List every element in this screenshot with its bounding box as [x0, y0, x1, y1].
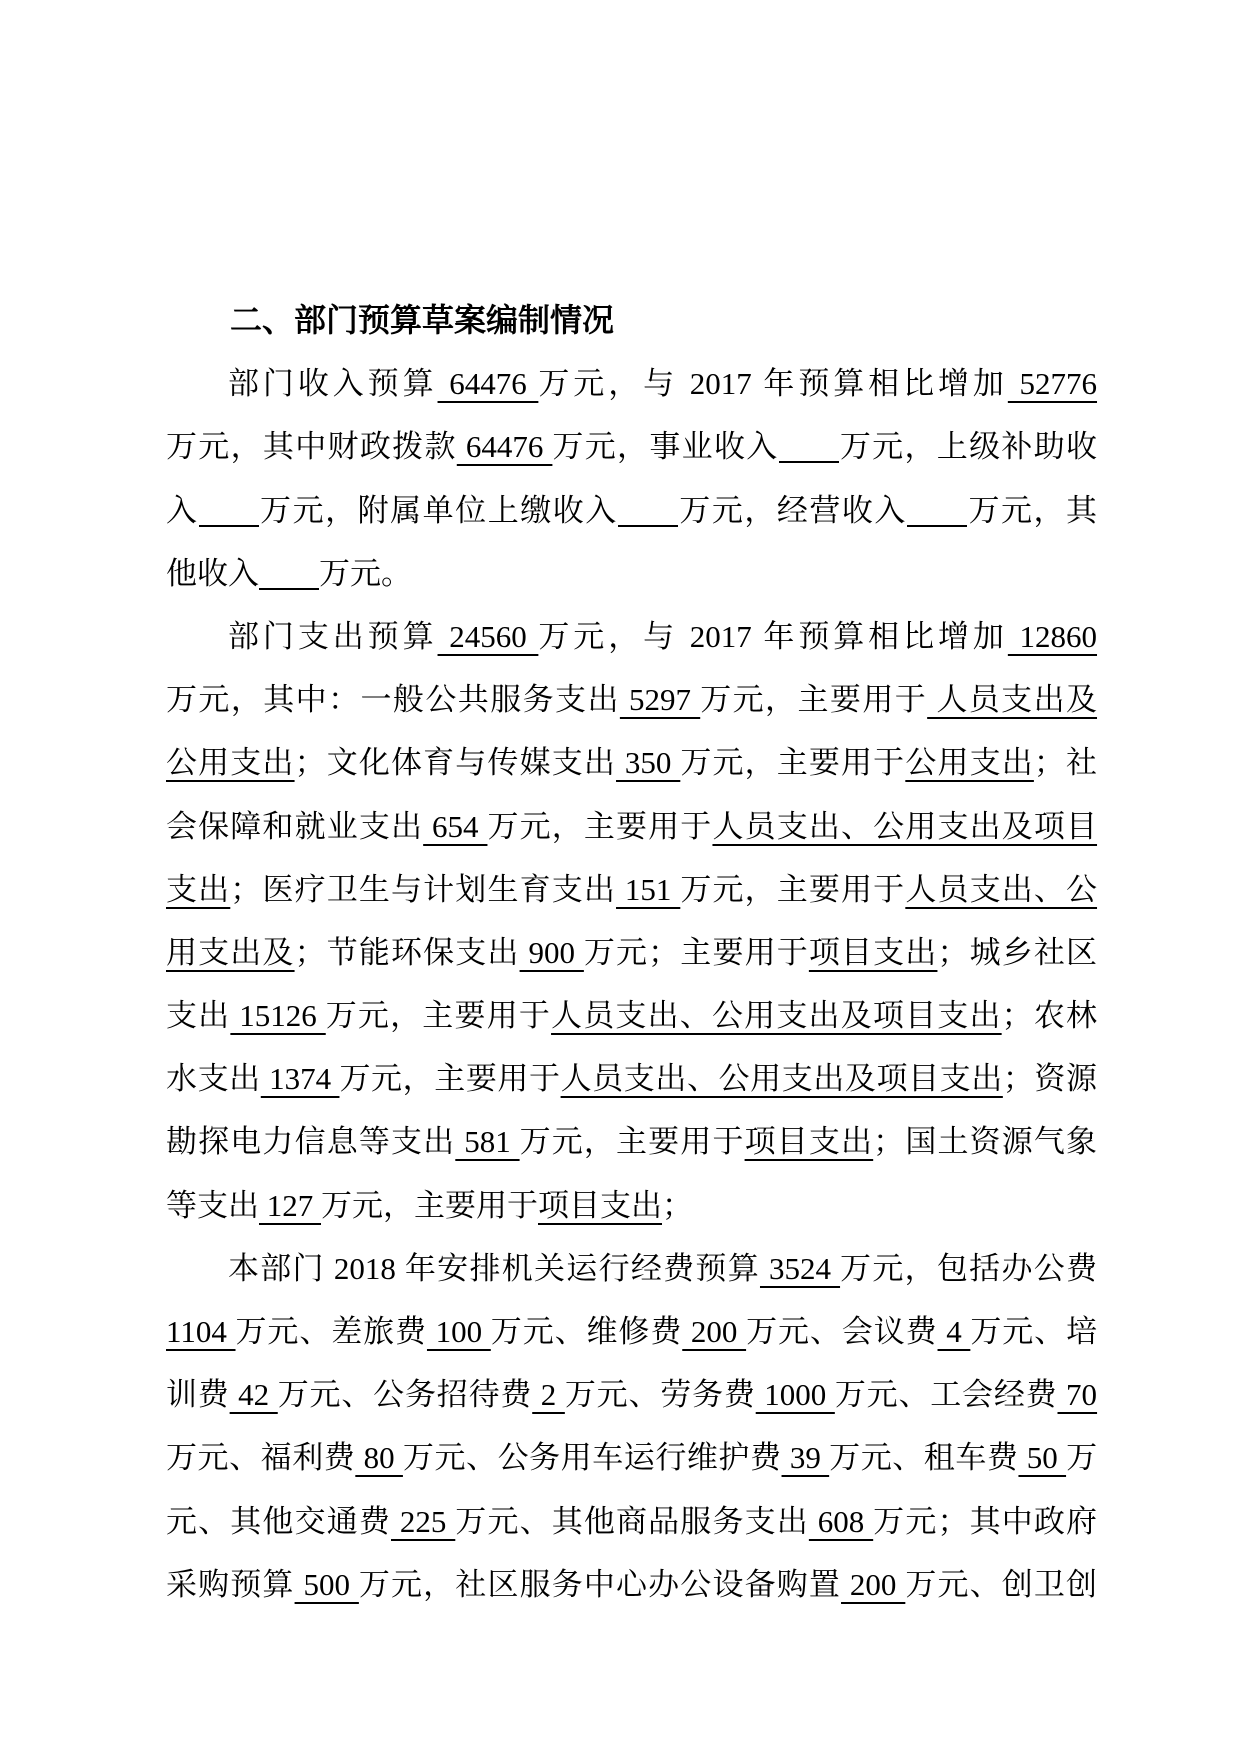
underlined-text-run: 900 — [520, 935, 584, 970]
text-run: ；资源 — [1003, 1061, 1097, 1096]
text-run: 万元、工会经费 — [835, 1377, 1058, 1412]
underlined-text-run: 581 — [455, 1124, 519, 1159]
text-run: 万元，主要用于 — [700, 682, 927, 717]
text-run: 入 — [166, 493, 199, 528]
underlined-text-run: 人员支出、公用支出及项目 — [712, 809, 1097, 844]
underlined-text-run: 654 — [423, 809, 487, 844]
underlined-text-run: 50 — [1018, 1440, 1066, 1475]
underlined-text-run: 项目支出 — [745, 1124, 874, 1159]
text-run: 支出 — [166, 998, 230, 1033]
text-run: ；社 — [1034, 745, 1097, 780]
underlined-text-run: 5297 — [620, 682, 700, 717]
underlined-text-run: 80 — [355, 1440, 403, 1475]
underlined-text-run: 64476 — [457, 429, 553, 464]
blank-underline — [259, 583, 319, 590]
blank-underline — [779, 456, 839, 463]
text-run: 万元、公务招待费 — [278, 1377, 532, 1412]
underlined-text-run: 39 — [782, 1440, 830, 1475]
text-line: 本部门 2018 年安排机关运行经费预算 3524 万元，包括办公费 — [166, 1237, 1097, 1300]
text-run: 万元，主要用于 — [321, 1188, 538, 1223]
underlined-text-run: 200 — [841, 1567, 905, 1602]
text-run: 万元，附属单位上缴收入 — [259, 493, 618, 528]
text-line: 万元、福利费 80 万元、公务用车运行维护费 39 万元、租车费 50 万 — [166, 1426, 1097, 1489]
text-run: 训费 — [166, 1377, 230, 1412]
text-run: 万元；主要用于 — [584, 935, 809, 970]
text-line: 万元，其中：一般公共服务支出 5297 万元，主要用于 人员支出及 — [166, 668, 1097, 731]
text-run: 万元，其 — [967, 493, 1097, 528]
text-run: 万元，主要用于 — [680, 872, 905, 907]
text-run: 万元、会议费 — [746, 1314, 937, 1349]
underlined-text-run: 4 — [938, 1314, 971, 1349]
underlined-text-run: 人员支出、公用支出及项目支出 — [561, 1061, 1003, 1096]
underlined-text-run: 项目支出 — [809, 935, 938, 970]
text-run: 万元。 — [319, 556, 412, 591]
text-line: 水支出 1374 万元，主要用于人员支出、公用支出及项目支出；资源 — [166, 1047, 1097, 1110]
text-line: 他收入万元。 — [166, 542, 1097, 605]
text-run: 万元，与 2017 年预算相比增加 — [538, 619, 1007, 654]
text-line: 部门收入预算 64476 万元，与 2017 年预算相比增加 52776 — [166, 352, 1097, 415]
text-run: 等支出 — [166, 1188, 259, 1223]
text-run: 万元，主要用于 — [680, 745, 905, 780]
text-run: 万元，主要用于 — [326, 998, 551, 1033]
underlined-text-run: 42 — [230, 1377, 278, 1412]
text-line: 支出 15126 万元，主要用于人员支出、公用支出及项目支出；农林 — [166, 984, 1097, 1047]
text-run: 万元、租车费 — [829, 1440, 1018, 1475]
text-run: 部门支出预算 — [228, 619, 438, 654]
document-body: 部门收入预算 64476 万元，与 2017 年预算相比增加 52776万元，其… — [166, 352, 1097, 1616]
underlined-text-run: 200 — [682, 1314, 746, 1349]
text-run: 万元，其中：一般公共服务支出 — [166, 682, 620, 717]
underlined-text-run: 2 — [532, 1377, 565, 1412]
text-run: 万元，主要用于 — [339, 1061, 560, 1096]
underlined-text-run: 1374 — [261, 1061, 340, 1096]
underlined-text-run: 1000 — [756, 1377, 835, 1412]
underlined-text-run: 公用支出 — [905, 745, 1034, 780]
text-run: 万元，上级补助收 — [839, 429, 1097, 464]
text-run: 部门收入预算 — [228, 366, 438, 401]
text-line: 部门支出预算 24560 万元，与 2017 年预算相比增加 12860 — [166, 605, 1097, 668]
underlined-text-run: 151 — [616, 872, 680, 907]
text-run: 会保障和就业支出 — [166, 809, 423, 844]
underlined-text-run: 350 — [616, 745, 680, 780]
underlined-text-run: 人员支出及 — [927, 682, 1097, 717]
text-run: 万 — [1066, 1440, 1097, 1475]
underlined-text-run: 500 — [295, 1567, 359, 1602]
text-line: 公用支出；文化体育与传媒支出 350 万元，主要用于公用支出；社 — [166, 731, 1097, 794]
underlined-text-run: 64476 — [438, 366, 539, 401]
section-heading: 二、部门预算草案编制情况 — [166, 289, 1097, 352]
underlined-text-run: 15126 — [230, 998, 325, 1033]
text-run: 万元、差旅费 — [236, 1314, 427, 1349]
text-run: 万元，主要用于 — [520, 1124, 745, 1159]
text-run: 万元，主要用于 — [487, 809, 712, 844]
text-run: 本部门 2018 年安排机关运行经费预算 — [228, 1251, 760, 1286]
underlined-text-run: 用支出及 — [166, 935, 295, 970]
text-run: ； — [662, 1188, 693, 1223]
text-run: ；节能环保支出 — [295, 935, 520, 970]
text-run: 万元、其他商品服务支出 — [455, 1504, 809, 1539]
text-run: 万元、维修费 — [491, 1314, 682, 1349]
underlined-text-run: 12860 — [1008, 619, 1097, 654]
text-line: 元、其他交通费 225 万元、其他商品服务支出 608 万元；其中政府 — [166, 1490, 1097, 1553]
underlined-text-run: 项目支出 — [538, 1188, 662, 1223]
text-run: 万元，事业收入 — [552, 429, 778, 464]
underlined-text-run: 127 — [259, 1188, 321, 1223]
blank-underline — [618, 520, 678, 527]
text-run: 万元，与 2017 年预算相比增加 — [538, 366, 1007, 401]
text-run: 万元、培 — [970, 1314, 1097, 1349]
text-run: ；国土资源气象 — [873, 1124, 1097, 1159]
document-page: 二、部门预算草案编制情况 部门收入预算 64476 万元，与 2017 年预算相… — [0, 0, 1241, 1755]
text-line: 用支出及；节能环保支出 900 万元；主要用于项目支出；城乡社区 — [166, 921, 1097, 984]
text-run: 采购预算 — [166, 1567, 295, 1602]
text-run: 元、其他交通费 — [166, 1504, 391, 1539]
underlined-text-run: 70 — [1058, 1377, 1098, 1412]
underlined-text-run: 24560 — [438, 619, 539, 654]
underlined-text-run: 人员支出、公用支出及项目支出 — [551, 998, 1002, 1033]
underlined-text-run: 支出 — [166, 872, 230, 907]
text-line: 等支出 127 万元，主要用于项目支出； — [166, 1174, 1097, 1237]
text-run: 万元、福利费 — [166, 1440, 355, 1475]
text-line: 入万元，附属单位上缴收入万元，经营收入万元，其 — [166, 479, 1097, 542]
text-run: 万元、创卫创 — [905, 1567, 1097, 1602]
blank-underline — [199, 520, 259, 527]
underlined-text-run: 52776 — [1008, 366, 1097, 401]
text-run: 他收入 — [166, 556, 259, 591]
text-run: 万元、公务用车运行维护费 — [403, 1440, 782, 1475]
text-line: 采购预算 500 万元，社区服务中心办公设备购置 200 万元、创卫创 — [166, 1553, 1097, 1616]
underlined-text-run: 1104 — [166, 1314, 236, 1349]
underlined-text-run: 人员支出、公 — [905, 872, 1097, 907]
text-run: ；农林 — [1002, 998, 1097, 1033]
text-run: 万元；其中政府 — [873, 1504, 1097, 1539]
text-run: 勘探电力信息等支出 — [166, 1124, 455, 1159]
text-run: ；文化体育与传媒支出 — [295, 745, 616, 780]
underlined-text-run: 225 — [391, 1504, 455, 1539]
text-run: 万元、劳务费 — [565, 1377, 756, 1412]
text-run: ；医疗卫生与计划生育支出 — [230, 872, 616, 907]
text-run: 水支出 — [166, 1061, 261, 1096]
underlined-text-run: 608 — [809, 1504, 873, 1539]
text-line: 训费 42 万元、公务招待费 2 万元、劳务费 1000 万元、工会经费 70 — [166, 1363, 1097, 1426]
text-run: 万元，其中财政拨款 — [166, 429, 457, 464]
text-run: ；城乡社区 — [937, 935, 1097, 970]
text-run: 万元，社区服务中心办公设备购置 — [359, 1567, 841, 1602]
text-run: 万元，经营收入 — [678, 493, 907, 528]
text-line: 会保障和就业支出 654 万元，主要用于人员支出、公用支出及项目 — [166, 795, 1097, 858]
text-line: 支出；医疗卫生与计划生育支出 151 万元，主要用于人员支出、公 — [166, 858, 1097, 921]
underlined-text-run: 公用支出 — [166, 745, 295, 780]
text-line: 勘探电力信息等支出 581 万元，主要用于项目支出；国土资源气象 — [166, 1110, 1097, 1173]
blank-underline — [907, 520, 967, 527]
text-line: 万元，其中财政拨款 64476 万元，事业收入万元，上级补助收 — [166, 415, 1097, 478]
underlined-text-run: 100 — [427, 1314, 491, 1349]
document-body-container: 二、部门预算草案编制情况 部门收入预算 64476 万元，与 2017 年预算相… — [166, 289, 1097, 1616]
underlined-text-run: 3524 — [760, 1251, 840, 1286]
text-line: 1104 万元、差旅费 100 万元、维修费 200 万元、会议费 4 万元、培 — [166, 1300, 1097, 1363]
text-run: 万元，包括办公费 — [840, 1251, 1097, 1286]
